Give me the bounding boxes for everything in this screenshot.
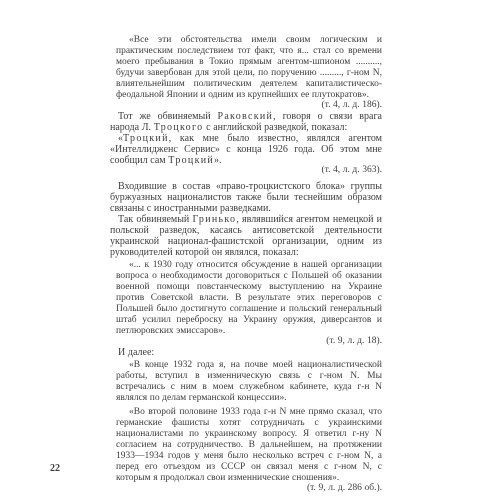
paragraph-body: «Троцкий, как мне было известно, являлся… (110, 133, 382, 166)
paragraph-body: Входившие в состав «право-троцкистского … (110, 181, 382, 214)
book-page: «Все эти обстоятельства имели своим логи… (0, 0, 500, 500)
citation: (т. 9, л. д. 286 об.). (110, 484, 382, 494)
citation: (т. 4, л. д. 363). (110, 166, 382, 176)
paragraph-extract: «В конце 1932 года я, на почве моей наци… (116, 360, 382, 404)
citation: (т. 9, л. д. 18). (110, 337, 382, 347)
text-block: «Все эти обстоятельства имели своим логи… (110, 33, 382, 494)
spaced-name: Троцкий (168, 155, 214, 166)
spaced-name: Гринько (192, 214, 236, 225)
paragraph-extract: «... к 1930 году относится обсуждение в … (116, 260, 382, 337)
paragraph-extract: «Все эти обстоятельства имели своим логи… (116, 35, 382, 101)
spaced-name: Троцкий (123, 133, 169, 144)
paragraph-body: Тот же обвиняемый Раковский, говоря о св… (110, 111, 382, 133)
page-number: 22 (50, 463, 60, 474)
spaced-name: Троцкого (154, 122, 204, 133)
paragraph-body: И далее: (110, 347, 382, 358)
paragraph-extract: «Во второй половине 1933 года г-н N мне … (116, 407, 382, 484)
spaced-name: Раковский (217, 111, 273, 122)
citation: (т. 4, л. д. 186). (110, 101, 382, 111)
paragraph-body: Так обвиняемый Гринько, являвшийся агент… (110, 214, 382, 258)
